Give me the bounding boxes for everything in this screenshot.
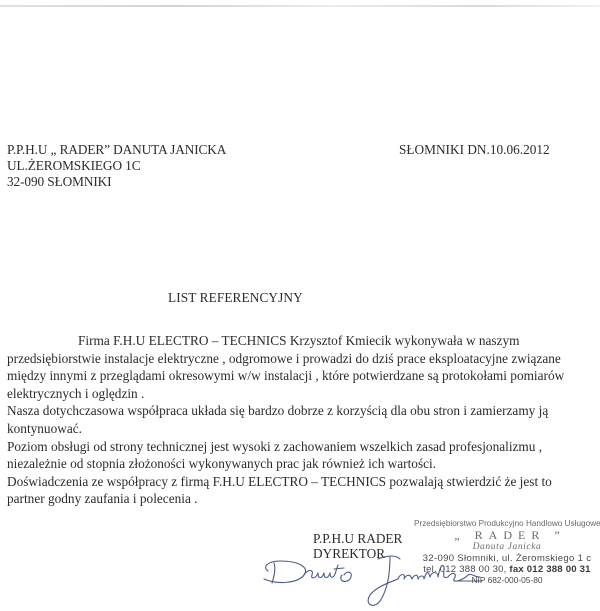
body-line: między innymi z przeglądami okresowymi w… bbox=[7, 367, 597, 385]
body-line: niezależnie od stopnia złożoności wykony… bbox=[7, 455, 597, 473]
body-line: Doświadczenia ze współpracy z firmą F.H.… bbox=[7, 473, 597, 491]
sender-street: UL.ŻEROMSKIEGO 1C bbox=[7, 158, 226, 174]
stamp-company-name: „ RADER ” bbox=[414, 529, 600, 542]
body-line: Poziom obsługi od strony technicznej jes… bbox=[7, 438, 597, 456]
scan-edge bbox=[0, 5, 600, 7]
sender-city: 32-090 SŁOMNIKI bbox=[7, 174, 226, 190]
stamp-fax: fax 012 388 00 31 bbox=[509, 564, 590, 575]
body-line: kontynuować. bbox=[7, 420, 597, 438]
letter-body: Firma F.H.U ELECTRO – TECHNICS Krzysztof… bbox=[7, 332, 597, 508]
handwritten-signature bbox=[258, 545, 483, 611]
sender-address: P.P.H.U „ RADER” DANUTA JANICKA UL.ŻEROM… bbox=[7, 142, 226, 190]
sender-company: P.P.H.U „ RADER” DANUTA JANICKA bbox=[7, 142, 226, 158]
body-line: Firma F.H.U ELECTRO – TECHNICS Krzysztof… bbox=[7, 332, 597, 350]
body-line: przedsiębiorstwie instalacje elektryczne… bbox=[7, 350, 597, 368]
letter-date: SŁOMNIKI DN.10.06.2012 bbox=[399, 142, 550, 158]
document-title: LIST REFERENCYJNY bbox=[168, 290, 303, 306]
body-line: Nasza dotychczasowa współpraca układa si… bbox=[7, 402, 597, 420]
body-line: elektrycznych i oględzin . bbox=[7, 385, 597, 403]
signatory-company: P.P.H.U RADER bbox=[313, 531, 402, 546]
body-line: partner godny zaufania i polecenia . bbox=[7, 490, 597, 508]
